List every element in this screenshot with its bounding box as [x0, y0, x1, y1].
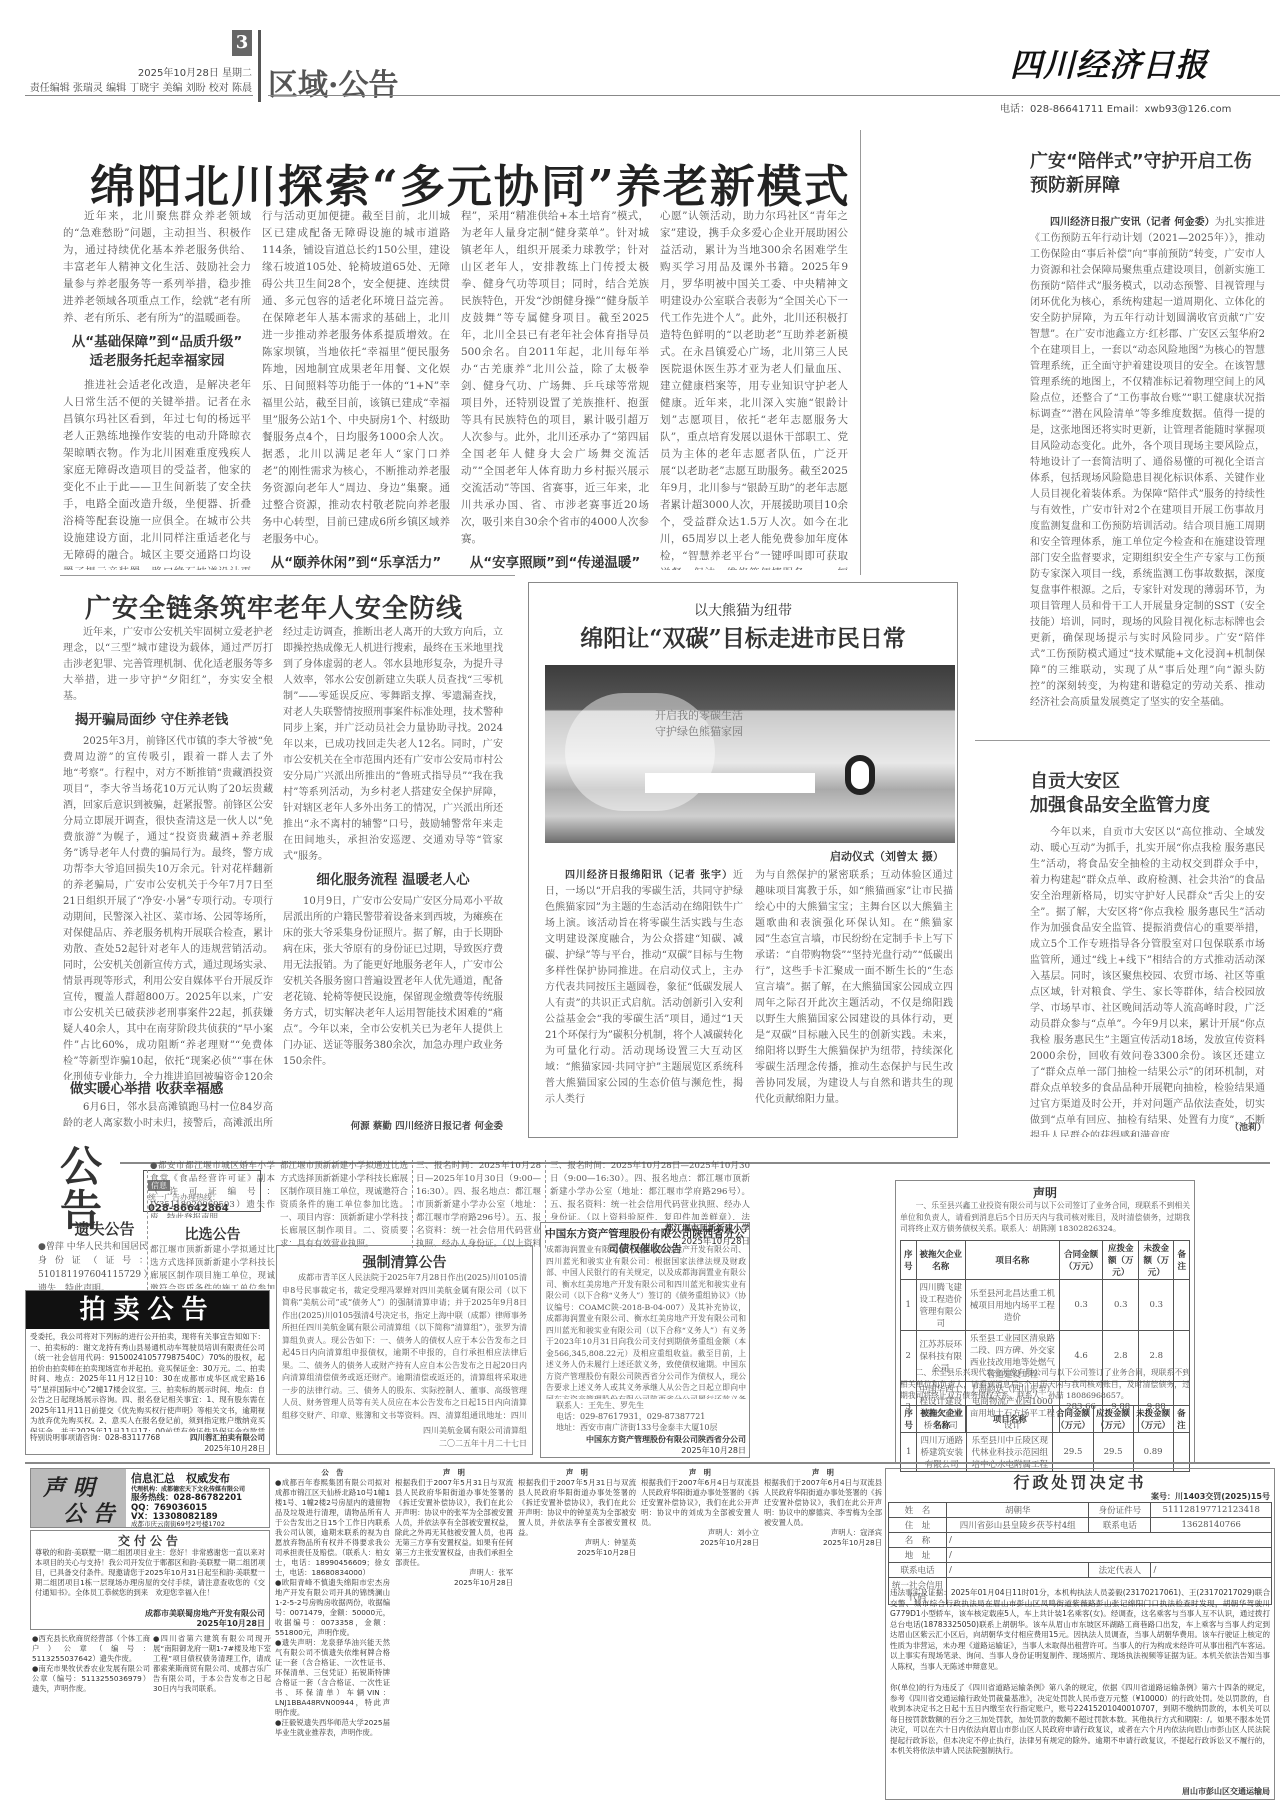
- lead-col-3: 程”，采用“精准供给+本土培育”模式，为老年人量身定制“健身菜单”。针对城镇老年…: [461, 208, 649, 570]
- statement-body: 根据我们于2007年6月4日与双流县人民政府华阳街道办事处签署的《拆迁安置补偿协…: [641, 1478, 759, 1528]
- guangan-subhead-2: 做实暖心举措 收获幸福感: [70, 1080, 223, 1099]
- statement-column: 声 明 根据我们于2007年5月31日与双流县人民政府华阳街道办事处签署的《拆迁…: [518, 1468, 636, 1798]
- section-title: 区域·公告: [268, 60, 398, 104]
- statement-date: 2025年10月28日: [395, 1578, 513, 1588]
- col-header: 序号: [901, 1406, 917, 1433]
- auction-company: 四川蓉汇拍卖有限公司: [150, 1432, 265, 1443]
- panda-kicker: 以大熊猫为纽带: [528, 600, 958, 620]
- contact-info: 电话：028-86641711 Email：xwb93@126.com: [1000, 100, 1231, 115]
- headline-line: 自贡大安区: [1030, 770, 1210, 794]
- subhead-line: 适老服务托起幸福家园: [63, 352, 251, 371]
- lead-col2-body: 行与活动更加便捷。截至目前，北川城区已建成配备无障碍设施的城市道路114条，铺设…: [262, 208, 450, 548]
- lead-col3-body: 程”，采用“精准供给+本土培育”模式，为老年人量身定制“健身菜单”。针对城镇老年…: [461, 208, 649, 548]
- cell: 0.3: [1138, 1280, 1174, 1331]
- small-notice-column: 公 告 ●成都百年春熙集团有限公司拟对成都市锦江区天仙桥北路10号1幢1楼1号、…: [275, 1468, 390, 1798]
- header-divider: [258, 30, 261, 102]
- notice-item: ●南充市果牧伏香农业发展有限公司公章（编号：5113255036979）遗失，声…: [32, 1664, 150, 1694]
- col-header: 备注: [1174, 1241, 1190, 1280]
- guangan-subhead-3: 细化服务流程 温暖老人心: [283, 871, 503, 890]
- guangan-subhead-1: 揭开骗局面纱 守住养老钱: [75, 711, 273, 730]
- cell: 乐至县河北昌达重工机械项目用地内场平工程造价: [966, 1280, 1060, 1331]
- table-header-row: 序号 被拖欠企业名称 项目名称 合同金额（万元） 应拨金额（万元） 未拨金额（万…: [901, 1241, 1190, 1280]
- debt-notice-body: 成都海润置业有限公司、衡水红美房地产开发有限公司、四川蓝光和骏实业有限公司：根据…: [546, 1244, 746, 1399]
- statement-column: 声 明 根据我们于2007年6月4日与双流县人民政府华阳街道办事处签署的《拆迁安…: [764, 1468, 882, 1798]
- brand-block: 声 明 公 告: [31, 1469, 126, 1527]
- lost-notice-body: ●曾萍 中华人民共和国居民身份证（证号：510181197604115729）遗…: [38, 1240, 148, 1292]
- liquidation-title: 强制清算公告: [276, 1252, 533, 1272]
- guangan-col2-mid: 10月9日，广安市公安局广安区分局邓小平故居派出所的户籍民警带着设备来到西坡，为…: [283, 894, 503, 1070]
- headline-line: 广安“陪伴式”守护开启工伤: [1030, 150, 1265, 174]
- zigong-body: 今年以来，自贡市大安区以“高位推动、全域发动、暖心互动”为抓手，扎实开展“你点我…: [1030, 825, 1265, 1137]
- statement-title: 声 明: [395, 1468, 513, 1478]
- field-label: 身份证件号: [1089, 1503, 1151, 1518]
- col-header: 项目名称: [967, 1406, 1053, 1433]
- cell: 乐至县川中丘陵区现代林业科技示范园组培中心水电附属工程: [967, 1433, 1053, 1472]
- debt-address: 地址：西安市南广济街133号金泰丰大厦10层: [556, 1422, 746, 1433]
- small-notice: ●西充县长欣商贸经营部（个体工商户）公章（编号：5113255037642）遗失…: [32, 1634, 150, 1799]
- notice-banner: 公告: [60, 1145, 140, 1225]
- field-value: /: [947, 1533, 1272, 1548]
- col-header: 应拨金额（万元）: [1103, 1241, 1139, 1280]
- liquidation-body: 成都市青羊区人民法院于2025年7月28日作出(2025)川0105清申8号民事…: [282, 1272, 527, 1422]
- guangan-col1-tail: 6月6日，邻水县高滩镇跑马村一位84岁高龄的老人离家数小时未归，接警后，高滩派出…: [63, 1100, 273, 1136]
- statement-body: 根据我们于2007年6月4日与双流县人民政府华阳街道办事处签署的《拆迁安置补偿协…: [764, 1478, 882, 1528]
- zigong-headline: 自贡大安区 加强食品安全监管力度: [1030, 770, 1210, 818]
- field-label: 姓 名: [889, 1503, 947, 1518]
- guangan-col-2: 经过走访调查，推断出老人离开的大致方向后，立即操控热成像无人机进行搜索，最终在玉…: [283, 625, 503, 1110]
- dateline: 四川经济日报绵阳讯（记者 张宇）: [565, 870, 733, 881]
- subhead-line: 从“颐养休闲”到“乐享活力”: [262, 554, 450, 570]
- delivery-body: 尊敬的和韵·美联墅一期二组团项目业主：您好！非常感谢您一直以来对本项目的关心与支…: [35, 1548, 265, 1608]
- field-label: 地 址: [889, 1548, 947, 1563]
- zigong-byline: （池莉）: [1230, 1120, 1266, 1133]
- guangan-col1-body: 2025年3月，前锋区代市镇的李大爷被“免费周边游”的宣传吸引，跟着一群人去了外…: [63, 734, 273, 1080]
- debt-phone: 电话：029-87617931，029-87387721: [556, 1411, 746, 1422]
- penalty-title: 行政处罚决定书: [885, 1470, 1275, 1493]
- statement-sign: 声明人：钟显英: [518, 1538, 636, 1548]
- article-text: 6月6日，邻水县高滩镇跑马村一位84岁高龄的老人离家数小时未归，接警后，高滩派出…: [63, 1100, 273, 1132]
- guangan-col-1: 近年来，广安市公安机关牢固树立爱老护老理念，以“三型”城市建设为载体，通过严厉打…: [63, 625, 273, 1080]
- field-value: 四川省彭山县皇陵乡茯苓村4组: [947, 1518, 1089, 1533]
- lead-col-2: 行与活动更加便捷。截至目前，北川城区已建成配备无障碍设施的城市道路114条，铺设…: [262, 208, 450, 570]
- statement-title: 声明: [895, 1184, 1195, 1201]
- section-rule: [975, 740, 1270, 741]
- cell: 1: [901, 1280, 917, 1331]
- cell: 29.5: [1093, 1433, 1133, 1472]
- section-rule: [60, 575, 515, 576]
- field-label: 联系电话: [889, 1563, 947, 1578]
- work-injury-headline: 广安“陪伴式”守护开启工伤 预防新屏障: [1030, 150, 1265, 198]
- case-number: 案号：川1403交罚(2025)15号: [1120, 1491, 1270, 1502]
- column-divider: [860, 130, 861, 575]
- lead-intro: 近年来，北川聚焦群众养老领域的“急难愁盼”问题，主动担当、积极作为，通过持续优化…: [63, 208, 251, 327]
- field-label: 名 称: [889, 1533, 947, 1548]
- notice-item: ●成都百年春熙集团有限公司拟对成都市锦江区天仙桥北路10号1幢1楼1号、1幢2楼…: [275, 1478, 390, 1578]
- photo-banner-text: 守护绿色熊猫家园: [655, 723, 743, 739]
- table-row: 1 四川腾飞建设工程造价管理有限公司 乐至县河北昌达重工机械项目用地内场平工程造…: [901, 1280, 1190, 1331]
- col-header: 未拨金额（万元）: [1138, 1241, 1174, 1280]
- subhead-line: 从“基础保障”到“品质升级”: [63, 333, 251, 352]
- col-header: 被拖欠企业名称: [916, 1241, 966, 1280]
- col-header: 备注: [1173, 1406, 1189, 1433]
- field-label: 法定代表人: [1089, 1563, 1151, 1578]
- issue-date: 2025年10月28日 星期二: [60, 64, 252, 79]
- field-label: 住 址: [889, 1518, 947, 1533]
- table-row: 联系电话/法定代表人/: [889, 1563, 1272, 1578]
- small-notice: ●四川省第六建筑有限公司现开展“南阳御龙府一期1-7#楼及地下室工程”项目债权债…: [153, 1634, 271, 1799]
- statement-column: 声 明 根据我们于2007年5月31日与双流县人民政府华阳街道办事处签署的《拆迁…: [395, 1468, 513, 1798]
- table-row: 1 四川万通路桥建筑安装有限公司 乐至县川中丘陵区现代林业科技示范园组培中心水电…: [901, 1433, 1190, 1472]
- table-row: 地 址/: [889, 1548, 1272, 1563]
- statement-sign: 声明人：寇泽宾: [764, 1528, 882, 1538]
- field-value: /: [1151, 1563, 1272, 1578]
- liquidation-signature: 四川美航金属有限公司清算组: [282, 1425, 527, 1436]
- bid-notice-title: 比选公告: [150, 1224, 275, 1244]
- col-header: 被拖欠企业名称: [917, 1406, 967, 1433]
- header-rule: [268, 95, 1280, 96]
- statement-body: 根据我们于2007年5月31日与双流县人民政府华阳街道办事处签署的《拆迁安置补偿…: [395, 1478, 513, 1568]
- auction-date: 2025年10月28日: [150, 1443, 265, 1454]
- article-text: 今年以来，自贡市大安区以“高位推动、全域发动、暖心互动”为抓手，扎实开展“你点我…: [1030, 825, 1265, 1137]
- statement-date: 2025年10月28日: [764, 1538, 882, 1548]
- lost-license-notice: ●都安市都江堰市城区婚车小学食堂《食品经营许可证》副本（许可证编号：JY3511…: [150, 1160, 275, 1218]
- table-row: 住 址四川省彭山县皇陵乡茯苓村4组联系电话13628140766: [889, 1518, 1272, 1533]
- statement-title: 声 明: [518, 1468, 636, 1478]
- page-number: 3: [232, 30, 252, 56]
- statement-title: 声 明: [764, 1468, 882, 1478]
- cell: 0.3: [1059, 1280, 1103, 1331]
- cell: 29.5: [1053, 1433, 1093, 1472]
- guangan-byline: 何源 蔡勤 四川经济日报记者 何金委: [283, 1118, 503, 1132]
- lead-col1-body: 推进社会适老化改造，是解决老年人日常生活不便的关键举措。记者在永昌镇尔玛社区看到…: [63, 377, 251, 570]
- lead-col-4: 心愿”认领活动，助力尔玛社区“青年之家”建设，携手众多爱心企业开展助困公益活动，…: [660, 208, 848, 570]
- statement-date: 2025年10月28日: [641, 1538, 759, 1548]
- work-injury-body: 四川经济日报广安讯（记者 何金委）为扎实推进《工伤预防五年行动计划（2021—2…: [1030, 215, 1265, 725]
- table-row: 姓 名胡朝华身份证件号511128197712123418: [889, 1503, 1272, 1518]
- debt-signature: 中国东方资产管理股份有限公司陕西省分公司: [546, 1434, 746, 1445]
- podium: [645, 773, 815, 793]
- lost-notice-title: 遗失公告: [62, 1218, 147, 1239]
- notice-item: ●西充县长欣商贸经营部（个体工商户）公章（编号：5113255037642）遗失…: [32, 1634, 150, 1664]
- auction-body: 受委托，我公司将对下列标的进行公开拍卖，现将有关事宜告知如下：一、拍卖标的：谢文…: [30, 1332, 265, 1432]
- bid-notice-details: 三、报名时间：2025年10月28日—2025年10月30日（9:00—16:3…: [416, 1160, 541, 1248]
- photo-caption: 启动仪式（刘曾太 摄）: [830, 848, 944, 864]
- col-header: 未拨金额（万元）: [1133, 1406, 1173, 1433]
- article-text: 为扎实推进《工伤预防五年行动计划（2021—2025年）》，推动工伤保险由“事后…: [1030, 217, 1265, 708]
- cell: [1173, 1433, 1189, 1472]
- classified-brand-box: 声 明 公 告 信息汇总 权威发布 代理机构：成都德宏天下文化传媒有限公司 服务…: [30, 1468, 270, 1528]
- dateline: 四川经济日报广安讯（记者 何金委）: [1050, 217, 1215, 228]
- header-rule: [25, 95, 253, 96]
- cell: 0.3: [1103, 1280, 1139, 1331]
- guangan-headline: 广安全链条筑牢老年人安全防线: [85, 588, 463, 625]
- statement-date: 2025年10月28日: [518, 1548, 636, 1558]
- divider: [147, 1170, 148, 1290]
- headline-line: 加强食品安全监管力度: [1030, 794, 1210, 818]
- panda-col-2: 为与自然保护的紧密联系；互动体验区通过趣味项目寓教于乐，如“熊猫画家”让市民描绘…: [755, 868, 953, 1133]
- penalty-decision: 你(单位)的行为违反了《四川省道路运输条例》第八条的规定，依据《四川省道路运输条…: [890, 1683, 1270, 1783]
- article-text: 为与自然保护的紧密联系；互动体验区通过趣味项目寓教于乐，如“熊猫画家”让市民描绘…: [755, 868, 953, 1108]
- lead-headline: 绵阳北川探索“多元协同”养老新模式: [90, 150, 851, 215]
- penalty-signature: 眉山市彭山区交通运输局: [1100, 1786, 1270, 1797]
- liquidation-date: 二〇二五年十月二十七日: [282, 1438, 527, 1449]
- brand-text: 公 告: [63, 1497, 115, 1528]
- col-header: 序号: [901, 1241, 917, 1280]
- notice-item: ●四川省第六建筑有限公司现开展“南阳御龙府一期1-7#楼及地下室工程”项目债权债…: [153, 1634, 271, 1694]
- panda-col-1: 四川经济日报绵阳讯（记者 张宇）近日，一场以“开启我的零碳生活，共同守护绿色熊猫…: [545, 868, 743, 1133]
- subhead-line: 从“安享照顾”到“传递温暖”: [461, 554, 649, 570]
- col-header: 应拨金额（万元）: [1093, 1406, 1133, 1433]
- delivery-title: 交付公告: [30, 1532, 270, 1549]
- field-value: 511128197712123418: [1151, 1503, 1272, 1518]
- bid-notice-lead: 都江堰市顶新新建小学拟通过比选方式选择顶新新建小学科技长廊展区制作项目施工单位，…: [150, 1244, 275, 1289]
- debt-contact-person: 联系人：王先生、罗先生: [556, 1400, 746, 1411]
- classified-rule: [25, 1462, 1270, 1464]
- statement-sign: 声明人：刘小立: [641, 1528, 759, 1538]
- col-header: 项目名称: [966, 1241, 1060, 1280]
- cell: 四川腾飞建设工程造价管理有限公司: [916, 1280, 966, 1331]
- guangan-intro: 近年来，广安市公安机关牢固树立爱老护老理念，以“三型”城市建设为载体，通过严厉打…: [63, 625, 273, 705]
- event-photo: 开启我的零碳生活 守护绿色熊猫家园: [545, 665, 955, 843]
- address: 成都市庆云南街69号2号楼1702: [131, 1519, 225, 1528]
- newspaper-logo: 四川经济日报: [1010, 40, 1208, 86]
- field-label: 联系电话: [1089, 1518, 1151, 1533]
- field-value: /: [947, 1563, 1089, 1578]
- table-header-row: 序号 被拖欠企业名称 项目名称 合同金额（万元） 应拨金额（万元） 未拨金额（万…: [901, 1406, 1190, 1433]
- col-header: 合同金额（万元）: [1053, 1406, 1093, 1433]
- photo-banner-text: 开启我的零碳生活: [655, 707, 743, 723]
- article-text: 近日，一场以“开启我的零碳生活，共同守护绿色熊猫家园”为主题的生态活动在绵阳铁牛…: [545, 870, 743, 1105]
- lead-subhead-2: 从“颐养休闲”到“乐享活力” 羌韵文化点燃银龄激情: [262, 554, 450, 570]
- lead-col-1: 近年来，北川聚焦群众养老领域的“急难愁盼”问题，主动担当、积极作为，通过持续优化…: [63, 208, 251, 570]
- bid-notice-contact: 三、报名时间：2025年10月28日—2025年10月30日（9:00—16:3…: [550, 1160, 750, 1220]
- statement-column: 声 明 根据我们于2007年6月4日与双流县人民政府华阳街道办事处签署的《拆迁安…: [641, 1468, 759, 1798]
- panda-headline: 绵阳让“双碳”目标走进市民日常: [528, 620, 958, 653]
- lead-col4-body: 心愿”认领活动，助力尔玛社区“青年之家”建设，携手众多爱心企业开展助困公益活动，…: [660, 208, 848, 570]
- guangan-col2-body: 经过走访调查，推断出老人离开的大致方向后，立即操控热成像无人机进行搜索，最终在玉…: [283, 625, 503, 865]
- col-header: 合同金额（万元）: [1059, 1241, 1103, 1280]
- statement-para-2: 二、乐至县乐兴现代农业开发有限公司与以下公司签订了业务合同，现联系不到相关单位和…: [900, 1367, 1190, 1403]
- penalty-facts: 违法事实及证据：2025年01月04日11时01分，本机构执法人员姜毅(2317…: [890, 1588, 1270, 1683]
- auction-title: 拍卖公告: [26, 1291, 269, 1329]
- field-value: 13628140766: [1151, 1518, 1272, 1533]
- cell: [1174, 1280, 1190, 1331]
- notice-item: ●汪毅锐遗失西华师范大学2025届毕业生就业推荐表，声明作废。: [275, 1718, 390, 1738]
- cell: 0.89: [1133, 1433, 1173, 1472]
- headline-line: 预防新屏障: [1030, 174, 1265, 198]
- lead-subhead-3: 从“安享照顾”到“传递温暖” 银龄力量续写责任担当: [461, 554, 649, 570]
- statement-title: 声 明: [641, 1468, 759, 1478]
- divider: [412, 1160, 413, 1248]
- debt-date: 2025年10月28日: [546, 1445, 746, 1456]
- cell: 四川万通路桥建筑安装有限公司: [917, 1433, 967, 1472]
- statement-para-1: 一、乐至县兴鑫工业投资有限公司与以下公司签订了业务合同，现联系不到相关单位和负责…: [900, 1200, 1190, 1236]
- statement-body: 根据我们于2007年5月31日与双流县人民政府华阳街道办事处签署的《拆迁安置补偿…: [518, 1478, 636, 1538]
- editorial-staff: 责任编辑 张瑞灵 编辑 丁晓宇 美编 刘盼 校对 陈晨: [20, 79, 252, 94]
- panda-mascot-icon: [845, 755, 875, 795]
- table-row: 名 称/: [889, 1533, 1272, 1548]
- notice-item: ●欧阳青峰不慎遗失绵阳市宏杰房地产开发有限公司开具的锦绣澜山1-2-5-2号房购…: [275, 1578, 390, 1638]
- lead-subhead-1: 从“基础保障”到“品质升级” 适老服务托起幸福家园: [63, 333, 251, 371]
- cell: 1: [901, 1433, 917, 1472]
- field-value: /: [947, 1548, 1272, 1563]
- statement-sign: 声明人：张军: [395, 1568, 513, 1578]
- delivery-date: 2025年10月28日: [35, 1618, 265, 1629]
- notice-item: ●遗失声明：龙泉驿华油兴能天然气有限公司不慎遗失依维柯牌合格证一套（含合格证、一…: [275, 1638, 390, 1718]
- field-value: 胡朝华: [947, 1503, 1089, 1518]
